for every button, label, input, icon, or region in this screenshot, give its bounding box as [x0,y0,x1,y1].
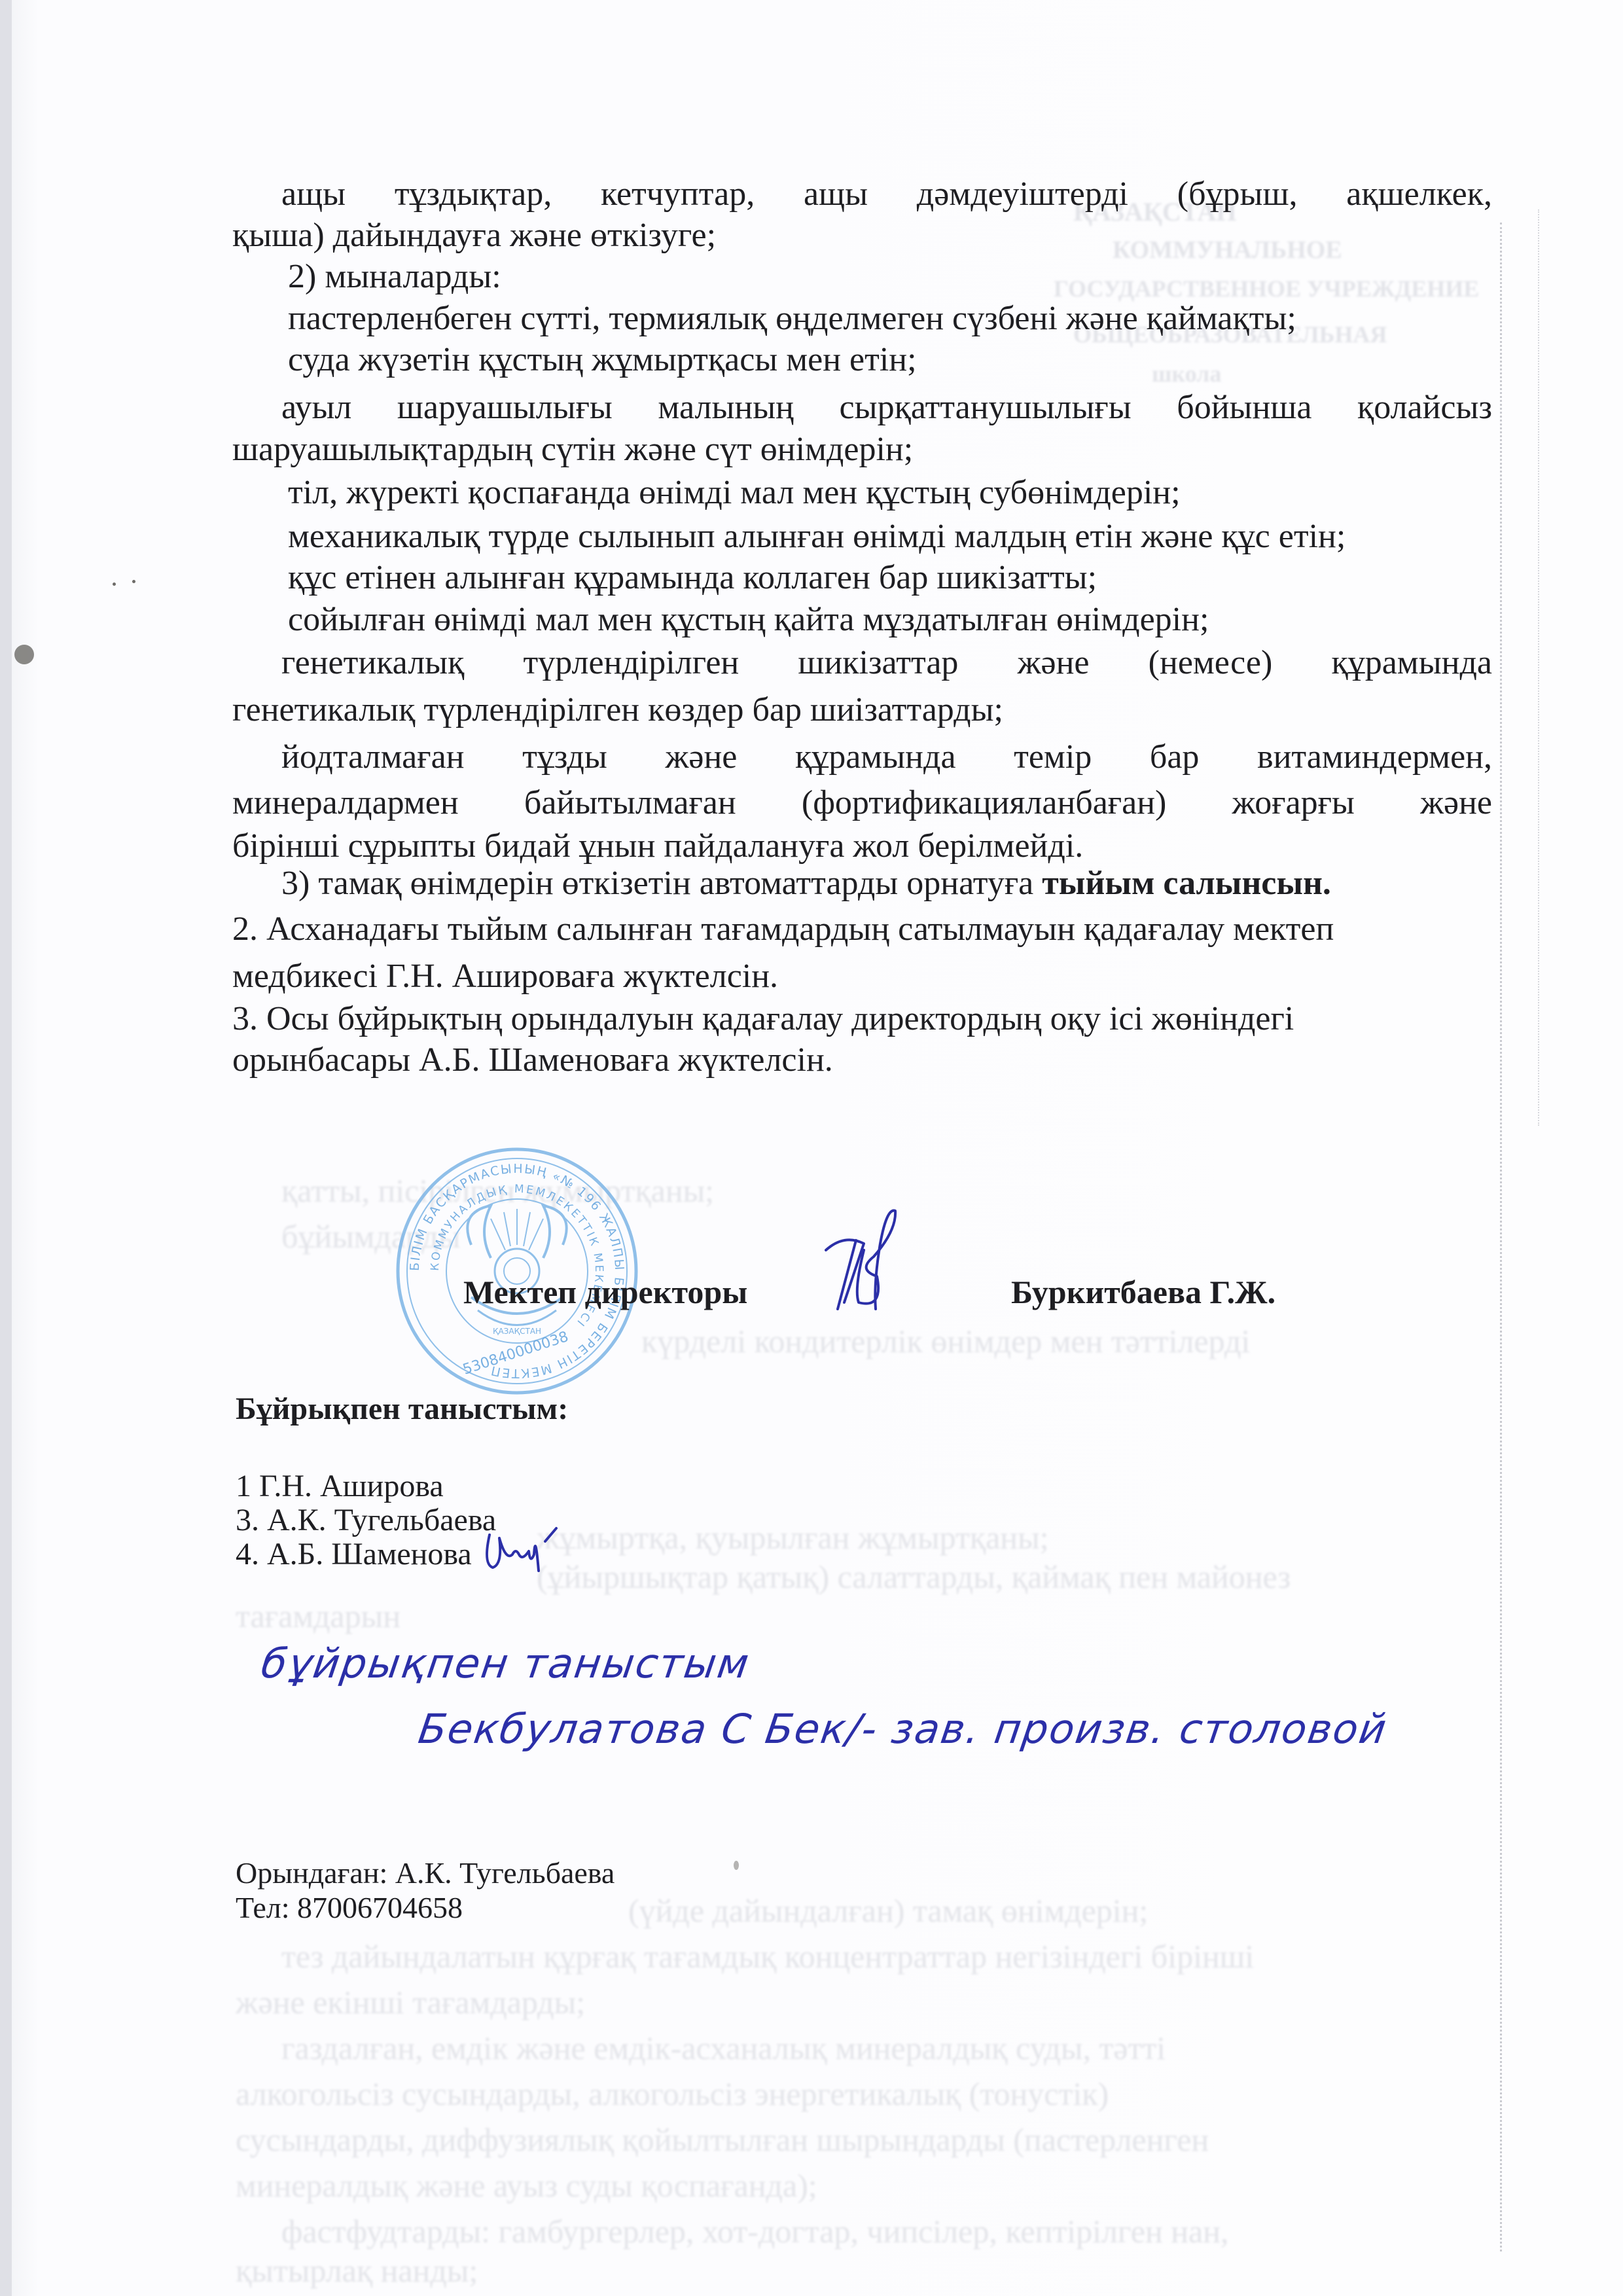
body-line: тіл, жүректі қоспағанда өнімді мал мен қ… [288,473,1181,512]
body-line: йодталмаған тұзды және құрамында темір б… [281,738,1492,777]
scan-edge-shadow [0,0,12,2296]
ghost-body-line: (үйде дайындалған) тамақ өнімдерін; [628,1892,1148,1929]
acknowledged-heading: Бұйрықпен таныстым: [236,1391,568,1427]
stamp-inner-text: ҚАЗАҚСТАН [493,1327,541,1336]
body-line: пастерленбеген сүтті, термиялық өңделмег… [288,299,1296,338]
body-line: бірінші сұрыпты бидай ұнын пайдалануға ж… [232,827,1083,866]
ghost-body-line: сусындарды, диффузиялық қойылтылған шыры… [236,2121,1209,2159]
body-line: құс етінен алынған құрамында коллаген ба… [288,558,1097,598]
point-3-line: 3. Осы бұйрықтың орындалуын қадағалау ди… [232,999,1294,1039]
director-title: Мектеп директоры [463,1273,747,1311]
scan-speck [132,580,135,583]
body-line: минералдармен байытылмаған (фортификация… [232,783,1492,823]
ghost-body-line: (ұйыршықтар қатық) салаттарды, қаймақ пе… [537,1558,1291,1596]
point-2-line: медбикесі Г.Н. Ашироваға жүктелсін. [232,957,778,996]
ghost-header-line: КОММУНАЛЬНОЕ [1113,236,1342,264]
ghost-body-line: газдалған, емдік және емдік-асханалық ми… [281,2029,1166,2067]
body-line: суда жүзетін құстың жұмыртқасы мен етін; [288,340,917,380]
executor-label: Орындаған: А.К. Тугельбаева [236,1856,615,1890]
official-round-stamp: БІЛІМ БАСҚАРМАСЫНЫҢ «№ 196 ЖАЛПЫ БІЛІМ Б… [393,1147,641,1395]
item-3-line: 3) тамақ өнімдерін өткізетін автоматтард… [281,864,1331,903]
body-line: шаруашылықтардың сүтін және сүт өнімдері… [232,430,913,469]
scanned-page: ҚАЗАҚСТАН КОММУНАЛЬНОЕ ГОСУДАРСТВЕННОЕ У… [0,0,1623,2296]
director-name: Буркитбаева Г.Ж. [1011,1273,1275,1311]
ghost-body-line: минералдық және ауыз суды қоспағанда); [236,2166,817,2204]
ghost-body-line: күрделі кондитерлік өнімдер мен тәттілер… [641,1322,1250,1360]
acknowledged-person: 3. А.К. Тугельбаева [236,1502,496,1538]
scan-speck [113,583,116,586]
body-line: генетикалық түрлендірілген шикізаттар жә… [281,643,1492,683]
ghost-body-line: тез дайындалатын құрғақ тағамдық концент… [281,1937,1254,1975]
body-line: механикалық түрде сылынып алынған өнімді… [288,517,1346,556]
acknowledged-person: 4. А.Б. Шаменова [236,1536,472,1572]
body-line: ауыл шаруашылығы малының сырқаттанушылығ… [281,388,1492,427]
ghost-header-line: школа [1152,360,1221,387]
ghost-body-line: жұмыртқа, қуырылған жұмыртқаны; [537,1518,1049,1556]
item-3-bold-text: тыйым салынсын. [1042,865,1331,902]
scan-speck [734,1861,739,1870]
point-2-line: 2. Асханадағы тыйым салынған тағамдардың… [232,910,1334,949]
body-line: қыша) дайындауға және өткізуге; [232,216,716,255]
body-line: генетикалық түрлендірілген көздер бар ши… [232,691,1003,730]
shamenova-signature [483,1525,562,1577]
handwritten-acknowledgement: бұйрықпен таныстым [259,1640,753,1687]
director-signature [818,1204,910,1316]
body-line: сойылған өнімді мал мен құстың қайта мұз… [288,600,1209,639]
ghost-header-line: ГОСУДАРСТВЕННОЕ УЧРЕЖДЕНИЕ [1054,275,1479,302]
ghost-body-line: және екінші тағамдарды; [236,1983,585,2021]
item-3-text: 3) тамақ өнімдерін өткізетін автоматтард… [281,865,1042,902]
fold-line-dotted-secondary [1538,209,1539,1126]
ghost-body-line: қытырлақ нанды; [236,2251,478,2289]
ghost-body-line: алкогольсіз сусындарды, алкогольсіз энер… [236,2075,1109,2113]
handwritten-signer: Бекбулатова С Бек/- зав. произв. столово… [416,1705,1391,1753]
ghost-body-line: тағамдарын [236,1597,401,1635]
fold-line-dotted [1500,223,1502,2251]
body-line: ащы тұздықтар, кетчуптар, ащы дәмдеуіште… [281,175,1492,214]
point-3-line: орынбасары А.Б. Шаменоваға жүктелсін. [232,1041,833,1080]
scan-speck [14,645,34,664]
body-line: 2) мыналарды: [288,257,501,296]
ghost-body-line: фастфудтарды: гамбургерлер, хот-догтар, … [281,2212,1228,2250]
acknowledged-person: 1 Г.Н. Аширова [236,1468,444,1504]
executor-phone: Тел: 87006704658 [236,1890,463,1925]
